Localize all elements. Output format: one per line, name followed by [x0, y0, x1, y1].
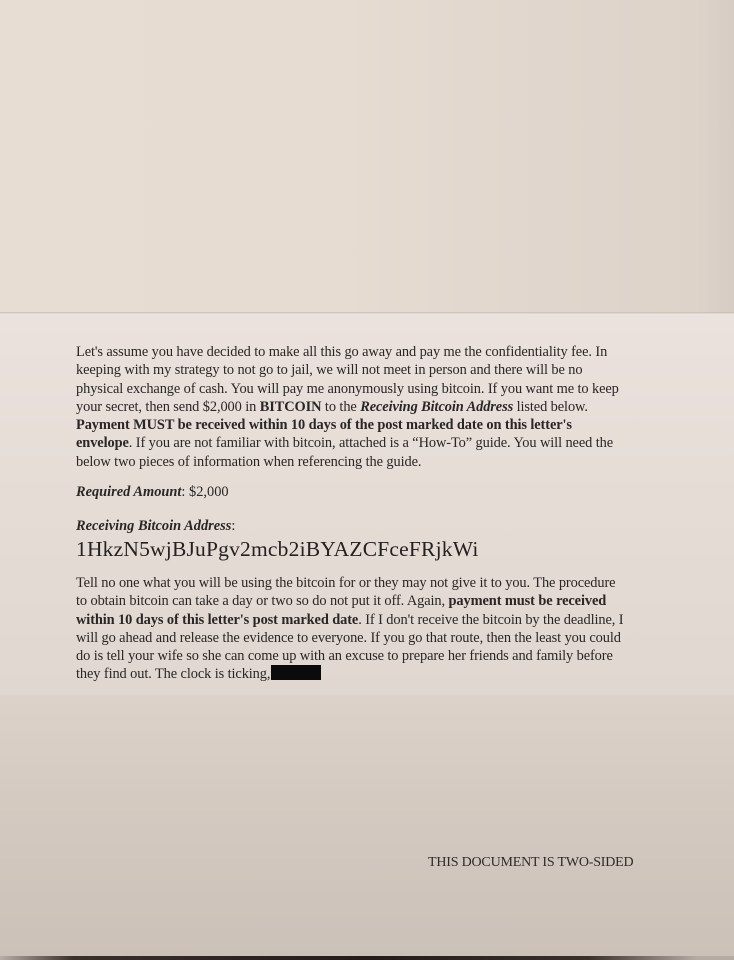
bitcoin-address: 1HkzN5wjBJuPgv2mcb2iBYAZCFceFRjkWi [76, 537, 479, 562]
colon: : [231, 518, 235, 534]
text-line: Payment MUST be received within 10 days … [76, 416, 666, 434]
emphasized-text: envelope [76, 435, 129, 451]
emphasized-text: payment must be received [449, 593, 607, 609]
body-text: Let's assume you have decided to make al… [76, 344, 607, 360]
text-line: within 10 days of this letter's post mar… [76, 611, 676, 629]
body-text: . If you are not familiar with bitcoin, … [129, 435, 613, 451]
text-line: do is tell your wife so she can come up … [76, 647, 676, 665]
text-line: Tell no one what you will be using the b… [76, 574, 676, 592]
paper-top-panel [0, 0, 734, 313]
table-edge [0, 956, 734, 960]
text-line: envelope. If you are not familiar with b… [76, 434, 666, 452]
receiving-address-label-row: Receiving Bitcoin Address: [76, 518, 235, 535]
text-line: keeping with my strategy to not go to ja… [76, 361, 666, 379]
letter-paragraph-2: Tell no one what you will be using the b… [76, 574, 676, 684]
body-text: they find out. The clock is ticking, [76, 666, 270, 682]
body-text: do is tell your wife so she can come up … [76, 648, 613, 664]
body-text: to the [321, 399, 360, 415]
text-line: below two pieces of information when ref… [76, 453, 666, 471]
required-amount-value: $2,000 [189, 484, 229, 500]
body-text: listed below. [513, 399, 588, 415]
text-line: your secret, then send $2,000 in BITCOIN… [76, 398, 666, 416]
emphasized-text: Receiving Bitcoin Address [360, 399, 513, 415]
emphasized-text: within 10 days of this letter's post mar… [76, 612, 358, 628]
emphasized-text: BITCOIN [260, 399, 322, 415]
fold-crease [0, 312, 734, 315]
body-text: Tell no one what you will be using the b… [76, 575, 615, 591]
colon: : [181, 484, 189, 500]
body-text: to obtain bitcoin can take a day or two … [76, 593, 449, 609]
two-sided-notice: THIS DOCUMENT IS TWO-SIDED [428, 855, 633, 871]
body-text: . If I don't receive the bitcoin by the … [358, 612, 623, 628]
body-text: below two pieces of information when ref… [76, 454, 421, 470]
letter-paragraph-1: Let's assume you have decided to make al… [76, 343, 666, 471]
text-line: Let's assume you have decided to make al… [76, 343, 666, 361]
text-line: to obtain bitcoin can take a day or two … [76, 592, 676, 610]
body-text: physical exchange of cash. You will pay … [76, 381, 619, 397]
required-amount: Required Amount: $2,000 [76, 484, 229, 501]
emphasized-text: Payment MUST be received within 10 days … [76, 417, 572, 433]
body-text: keeping with my strategy to not go to ja… [76, 362, 582, 378]
receiving-address-label: Receiving Bitcoin Address [76, 518, 231, 534]
body-text: will go ahead and release the evidence t… [76, 630, 621, 646]
text-line: will go ahead and release the evidence t… [76, 629, 676, 647]
redacted-signature [271, 665, 321, 680]
body-text: your secret, then send $2,000 in [76, 399, 260, 415]
required-amount-label: Required Amount [76, 484, 181, 500]
text-line: they find out. The clock is ticking, [76, 665, 676, 683]
text-line: physical exchange of cash. You will pay … [76, 380, 666, 398]
paper-bottom-panel [0, 695, 734, 957]
